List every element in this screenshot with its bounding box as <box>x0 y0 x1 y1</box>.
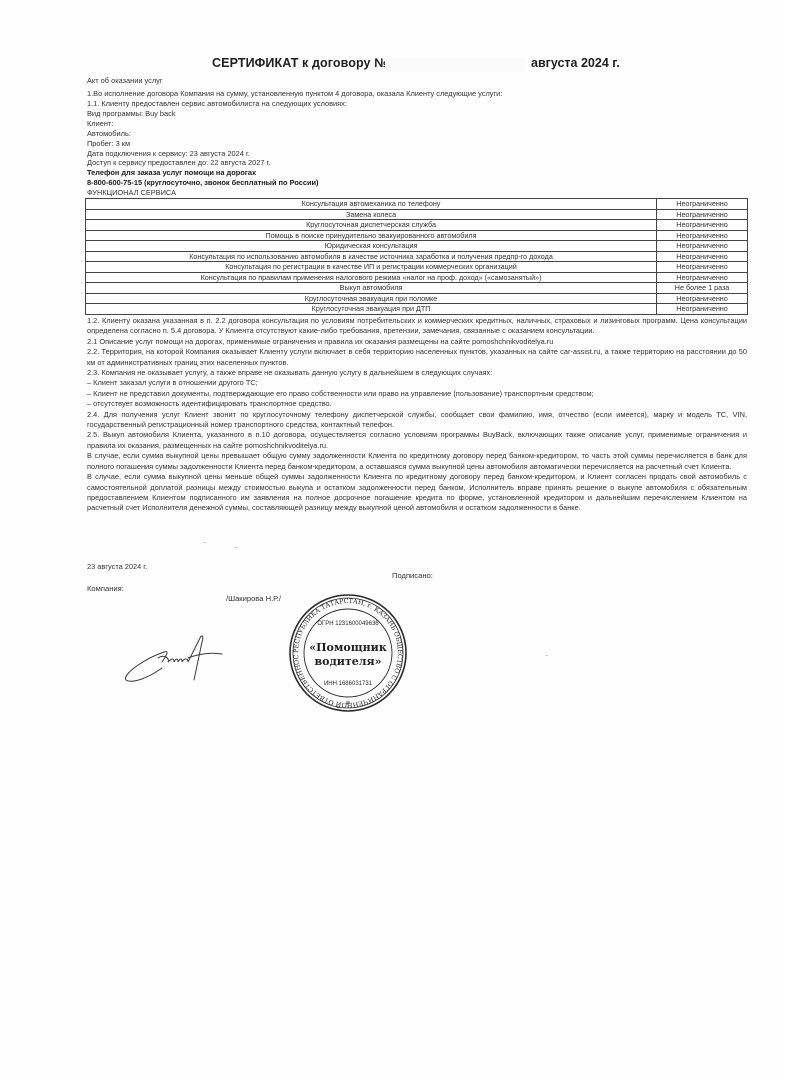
certificate-page: СЕРТИФИКАТ к договору №1 августа 2024 г.… <box>0 0 785 1080</box>
scan-speck <box>203 542 206 543</box>
service-limit: Неограниченно <box>657 230 748 241</box>
service-name: Консультация по использованию автомобиля… <box>86 251 657 262</box>
exclusion-3: – отсутствует возможность идентифицирова… <box>87 399 747 409</box>
phone-number: 8-800-600-75-15 (круглосуточно, звонок б… <box>87 178 319 188</box>
signature-date: 23 августа 2024 г. <box>87 562 147 571</box>
terms-block: 1.2. Клиенту оказана указанная в п. 2.2 … <box>87 316 747 514</box>
svg-text:водителя»: водителя» <box>314 655 381 668</box>
service-row: Юридическая консультацияНеограниченно <box>86 241 748 252</box>
service-row: Консультация по использованию автомобиля… <box>86 251 748 262</box>
service-name: Консультация по правилам применения нало… <box>86 272 657 283</box>
company-label: Компания: <box>87 584 124 593</box>
services-table: Консультация автомеханика по телефонуНео… <box>85 198 748 315</box>
service-limit: Неограниченно <box>657 272 748 283</box>
exclusion-1: – Клиент заказал услуги в отношении друг… <box>87 378 747 388</box>
client-field: Клиент: <box>87 119 113 129</box>
service-limit: Неограниченно <box>657 262 748 273</box>
service-name: Консультация автомеханика по телефону <box>86 199 657 210</box>
service-row: Выкуп автомобиляНе более 1 раза <box>86 283 748 294</box>
service-name: Юридическая консультация <box>86 241 657 252</box>
clause-1-2: 1.2. Клиенту оказана указанная в п. 2.2 … <box>87 316 747 337</box>
signer-name: /Шакирова Н.Р./ <box>226 594 281 603</box>
access-until: Доступ к сервису предоставлен до: 22 авг… <box>87 158 270 168</box>
handwritten-signature <box>118 628 228 688</box>
service-row: Круглосуточная диспетчерская службаНеогр… <box>86 220 748 231</box>
service-limit: Неограниченно <box>657 209 748 220</box>
document-title: СЕРТИФИКАТ к договору №1 <box>212 56 395 70</box>
service-name: Круглосуточная эвакуация при поломке <box>86 293 657 304</box>
service-limit: Неограниченно <box>657 199 748 210</box>
buyback-case-1: В случае, если сумма выкупной цены превы… <box>87 451 747 472</box>
clause-2-3: 2.3. Компания не оказывает услугу, а так… <box>87 368 747 378</box>
car-field: Автомобиль: <box>87 129 131 139</box>
service-limit: Не более 1 раза <box>657 283 748 294</box>
exclusion-2: – Клиент не представил документы, подтве… <box>87 389 747 399</box>
service-name: Замена колеса <box>86 209 657 220</box>
clause-2-4: 2.4. Для получения услуг Клиент звонит п… <box>87 410 747 431</box>
redacted-contract-number <box>385 58 525 72</box>
service-limit: Неограниченно <box>657 251 748 262</box>
service-row: Помощь в поиске принудительно эвакуирова… <box>86 230 748 241</box>
document-date: августа 2024 г. <box>531 56 620 70</box>
svg-text:ОГРН 1231600049636: ОГРН 1231600049636 <box>317 621 379 627</box>
functional-heading: ФУНКЦИОНАЛ СЕРВИСА <box>87 188 176 198</box>
signed-label: Подписано: <box>392 571 433 580</box>
service-name: Помощь в поиске принудительно эвакуирова… <box>86 230 657 241</box>
svg-text:ИНН 1686031731: ИНН 1686031731 <box>324 681 373 687</box>
service-row: Консультация по регистрации в качестве И… <box>86 262 748 273</box>
svg-text:«Помощник: «Помощник <box>309 641 387 654</box>
mileage-field: Пробег: 3 км <box>87 139 130 149</box>
act-label: Акт об оказании услуг <box>87 76 163 86</box>
buyback-case-2: В случае, если сумма выкупной цены меньш… <box>87 472 747 514</box>
clause-2-5: 2.5. Выкуп автомобиля Клиента, указанног… <box>87 430 747 451</box>
company-seal-icon: РЕСПУБЛИКА ТАТАРСТАН, г. КАЗАНЬ ОБЩЕСТВО… <box>288 593 408 713</box>
service-row: Замена колесаНеограниченно <box>86 209 748 220</box>
program-type: Вид программы: Buy back <box>87 109 176 119</box>
scan-speck <box>235 547 238 548</box>
service-name: Круглосуточная эвакуация при ДТП <box>86 304 657 315</box>
phone-title: Телефон для заказа услуг помощи на дорог… <box>87 168 256 178</box>
svg-text:✲: ✲ <box>345 700 350 707</box>
clause-1-1: 1.1. Клиенту предоставлен сервис автомоб… <box>87 99 347 109</box>
scan-speck <box>545 655 548 656</box>
service-limit: Неограниченно <box>657 293 748 304</box>
service-limit: Неограниченно <box>657 304 748 315</box>
service-name: Круглосуточная диспетчерская служба <box>86 220 657 231</box>
clause-1: 1.Во исполнение договора Компания на сум… <box>87 89 502 99</box>
service-limit: Неограниченно <box>657 241 748 252</box>
service-name: Консультация по регистрации в качестве И… <box>86 262 657 273</box>
clause-2-2: 2.2. Территория, на которой Компания ока… <box>87 347 747 368</box>
service-row: Круглосуточная эвакуация при ДТПНеограни… <box>86 304 748 315</box>
clause-2-1: 2.1 Описание услуг помощи на дорогах, пр… <box>87 337 747 347</box>
service-limit: Неограниченно <box>657 220 748 231</box>
service-row: Консультация автомеханика по телефонуНео… <box>86 199 748 210</box>
service-row: Консультация по правилам применения нало… <box>86 272 748 283</box>
service-row: Круглосуточная эвакуация при поломкеНеог… <box>86 293 748 304</box>
service-name: Выкуп автомобиля <box>86 283 657 294</box>
